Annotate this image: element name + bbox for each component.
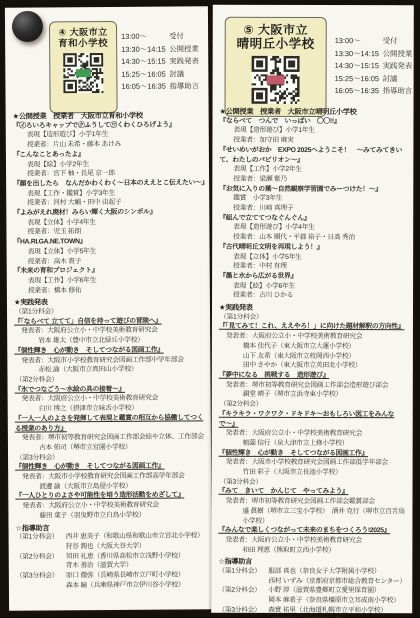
subcommittee-label: （第1分科会） <box>219 313 409 323</box>
schedule-list: 13:00〜受付13:30〜14:15公開授業14:30〜15:15実践発表15… <box>335 35 415 98</box>
lesson-title: 『墨と水から広がる世界』 <box>219 272 409 282</box>
presenter-organization: 発表者：大阪府公立小・中学校美術教育研究会 <box>218 536 408 546</box>
advice-subcommittee-label <box>16 562 66 572</box>
schedule-time: 16:05〜16:35 <box>335 85 381 98</box>
schedule-row: 16:05〜16:35指導助言 <box>121 81 207 94</box>
presenter-organization: 発表者：堺市初等教育研究会図画工作部会絵や立体、工作部会 <box>15 433 207 444</box>
advice-advisor-name: 西村 いずみ（京都府京都市総合教育センター） <box>268 577 408 587</box>
subcommittee-label: （第3分科会） <box>219 477 409 487</box>
presentation-title: 『キラキラ・ワクワク・ドキドキ〜おもしろい図工をみんなで〜』 <box>219 410 409 430</box>
advice-row: （第1分科会）服部 真也（奈良女子大学附属小学校） <box>218 567 408 577</box>
presentation-title: 『夢中になる 挑戦する 造形遊び』 <box>219 371 409 381</box>
schedule-row: 14:30〜15:15実践発表 <box>335 60 415 73</box>
lesson-grade-meta: 表現【立体】小学5年生 <box>219 252 409 262</box>
advice-advisor-name: 岡本 麻希子（奈良県橿原市立耳成南小学校） <box>268 596 408 606</box>
presenter-name: 和田 理恵（熊取町立西小学校） <box>218 545 408 555</box>
schedule-time: 14:30〜15:15 <box>335 60 381 73</box>
presenter-name: 藤田 葉子（羽曳野市立白鳥小学校） <box>15 510 207 521</box>
lesson-teacher: 授業者：梁瀬 紫乃 <box>219 175 409 185</box>
lesson-title: 『顔を出したら なんだかわくわく〜日本のええとこ伝えたい〜』 <box>13 178 205 189</box>
advice-subcommittee-label <box>218 577 268 587</box>
schedule-label: 討議 <box>381 73 398 86</box>
schedule-time: 13:00〜 <box>335 35 381 48</box>
presentation-title: 『一人一人のよさを発揮して表現と鑑賞の相互から協働してつくる授業のあり方』 <box>15 413 207 434</box>
school-name-label: 育和小学校 <box>50 38 116 49</box>
advice-subcommittee-label: （第2分科会） <box>218 586 268 596</box>
lesson-title: 『古代晴明丘文明を再現しよう！』 <box>219 243 409 253</box>
lesson-teacher: 授業者：中村 有理 <box>219 262 409 272</box>
presentation-title: 『みて きいて かんじて やってみよう』 <box>219 487 409 497</box>
subcommittee-label: （第2分科会） <box>219 400 409 410</box>
schedule-label: 公開授業 <box>381 48 413 61</box>
schedule-label: 指導助言 <box>167 81 199 94</box>
presentation-title: 『「見てみて！これ、ええやろ！」に向けた題材解釈の方向性』 <box>219 322 409 332</box>
program-card-ikuwa: ④ 大阪市立 育和小学校 13:00〜受付13:30〜14:15公開授業14:3… <box>5 6 212 610</box>
advice-advisor-name: 森實 祐里（北海道札幌市立平和小学校） <box>268 606 408 616</box>
advice-row: 森本 瞳（兵庫県神戸市立伊川谷小学校） <box>16 580 208 591</box>
presenter-organization: 発表者：堺市初等教育研究会図画工作部会鑑賞部会 <box>218 497 408 507</box>
school-header-box: ⑤ 大阪市立 晴明丘小学校 <box>225 17 327 117</box>
lesson-grade-meta: 表現【造形遊び】小学4年生 <box>219 223 409 233</box>
presenter-organization: 発表者：大阪市小学校教育研究会図画工作部低学年部会 <box>219 458 409 468</box>
presenter-organization: 発表者：大阪市小学校教育研究会図画工作部高学年部会 <box>15 471 207 482</box>
schedule-time: 13:30〜14:15 <box>121 43 167 56</box>
lesson-grade-meta: 表現【造形遊び】小学1年生 <box>219 126 409 136</box>
schedule-row: 13:30〜14:15公開授業 <box>121 43 207 56</box>
school-header-box: ④ 大阪市立 育和小学校 <box>49 21 118 113</box>
presenter-name: 山下 友希（東大阪市立枚岡西小学校） <box>219 351 409 361</box>
presenter-name: 竹田 彩子（大阪市立長池小学校） <box>219 468 409 478</box>
schedule-row: 13:30〜14:15公開授業 <box>335 48 415 61</box>
schedule-list: 13:00〜受付13:30〜14:15公開授業14:30〜15:15実践発表15… <box>121 30 207 94</box>
advice-subcommittee-label: （第1分科会） <box>16 533 66 543</box>
presenter-organization: 発表者：大阪府公立小・中学校美術教育研究会 <box>219 429 409 439</box>
lesson-teacher: 授業者：加守田 麻実 <box>219 136 409 146</box>
section-open-class-heading: ★公開授業 授業者 大阪市立晴明丘小学校 <box>220 107 410 117</box>
advice-subcommittee-label <box>16 581 66 591</box>
schedule-row: 13:00〜受付 <box>121 30 207 43</box>
magnet-pin-icon <box>12 11 43 42</box>
schedule-label: 実践発表 <box>167 56 199 69</box>
lesson-teacher: 授業者：川崎 真理子 <box>219 204 409 214</box>
lesson-grade-meta: 鑑賞 小学3年生 <box>219 194 409 204</box>
advice-row: （第2分科会）小野 淳（滋賀県豊郷町立愛里保育園） <box>218 586 408 596</box>
presenter-name: 植薗 信行（泉大津市立上條小学校） <box>219 439 409 449</box>
advice-advisor-name: 服部 真也（奈良女子大学附属小学校） <box>268 567 408 577</box>
advice-advisor-name: 森本 瞳（兵庫県神戸市立伊川谷小学校） <box>66 580 208 591</box>
schedule-row: 15:25〜16:05討議 <box>335 73 415 86</box>
lesson-title: 『お気に入りの葉〜自然観察学習園でみーつけた！〜』 <box>219 184 409 194</box>
presenter-organization: 発表者：堺市初等教育研究会図画工作部会造形遊び部会 <box>219 380 409 390</box>
advice-subcommittee-label: （第1分科会） <box>218 567 268 577</box>
presentation-title: 『個性輝き 心が動き そしてつながる図画工作』 <box>219 448 409 458</box>
schedule-time: 14:30〜15:15 <box>121 56 167 69</box>
schedule-label: 指導助言 <box>381 86 413 99</box>
schedule-time: 15:25〜16:05 <box>335 73 381 86</box>
lesson-title: 『組んで立ててつなぐんぐん』 <box>219 213 409 223</box>
advice-advisor-name: 小野 淳（滋賀県豊郷町立愛里保育園） <box>268 586 408 596</box>
schedule-row: 16:05〜16:35指導助言 <box>335 85 415 98</box>
schedule-row: 13:00〜受付 <box>335 35 415 48</box>
schedule-time: 15:25〜16:05 <box>121 68 167 81</box>
schedule-time: 13:00〜 <box>121 31 167 44</box>
qr-code-icon <box>252 56 300 104</box>
program-card-seimeigaoka: ⑤ 大阪市立 晴明丘小学校 13:00〜受付13:30〜14:15公開授業14:… <box>211 5 414 614</box>
schedule-time: 13:30〜14:15 <box>335 48 381 61</box>
lesson-title: 『せいめいがおか EXPO 2025へようこそ！ 〜みてみてきいて、わたしのパビ… <box>219 146 409 166</box>
schedule-row: 15:25〜16:05討議 <box>121 68 207 81</box>
schedule-label: 討議 <box>167 68 184 81</box>
advice-subcommittee-label: （第3分科会） <box>16 571 66 581</box>
advice-subcommittee-label: （第2分科会） <box>16 552 66 562</box>
advice-row: 岡本 麻希子（奈良県橿原市立耳成南小学校） <box>218 596 408 606</box>
presenter-name: 銅堂 晴子（堺市立浜寺東小学校） <box>219 390 409 400</box>
school-number-badge: ⑤ <box>243 23 254 37</box>
qr-code-icon <box>63 53 103 93</box>
school-name-label: 晴明丘小学校 <box>226 37 326 52</box>
schedule-label: 受付 <box>381 35 398 48</box>
program-body: ★公開授業 授業者 大阪市立育和小学校『㋑ろいろキャップで㋗ふうして㋻くわくひろ… <box>13 108 208 591</box>
school-number-and-city: ⑤ 大阪市立 <box>226 23 326 37</box>
lesson-grade-meta: 表現【絵】小学6年生 <box>219 281 409 291</box>
advice-subcommittee-label <box>16 542 66 552</box>
advice-subcommittee-label: （第3分科会） <box>218 606 268 616</box>
schedule-label: 実践発表 <box>381 60 413 73</box>
lesson-title: 『ならべて つんで いっぱい 〇〇!!』 <box>219 116 409 126</box>
schedule-label: 受付 <box>167 30 184 43</box>
advice-subcommittee-label <box>218 596 268 606</box>
advice-row: 西村 いずみ（京都府京都市総合教育センター） <box>218 577 408 587</box>
section-advice-heading: ☆指導助言 <box>218 557 408 567</box>
lesson-teacher: 授業者：古川 ひかる <box>219 291 409 301</box>
section-practice-heading: ★実践発表 <box>219 303 409 313</box>
presenter-name: 盛 眞樹（堺市立三宝小学校） 酒井 克行（堺市立百舌鳥小学校） <box>218 507 408 527</box>
advice-row: （第3分科会）森實 祐里（北海道札幌市立平和小学校） <box>218 606 408 616</box>
program-body: ★公開授業 授業者 大阪市立晴明丘小学校『ならべて つんで いっぱい 〇〇!!』… <box>218 105 409 618</box>
school-city-label: 大阪市立 <box>70 27 108 37</box>
lesson-grade-meta: 表現【工作】小学2年生 <box>219 165 409 175</box>
schedule-label: 公開授業 <box>167 43 199 56</box>
lesson-teacher: 授業者：橋本 修佑 <box>14 285 206 296</box>
presentation-title: 『みんなで楽しくつながって未来のまちをつくろう!2025』 <box>218 526 408 536</box>
school-city-label: 大阪市立 <box>258 23 308 37</box>
presenter-name: 橋本 佳代子（東大阪市立大蓮小学校） <box>219 342 409 352</box>
school-number-and-city: ④ 大阪市立 <box>50 27 116 38</box>
lesson-teacher: 授業者：山本 順代・平郡 裕子・日髙 秀治 <box>219 233 409 243</box>
schedule-time: 16:05〜16:35 <box>121 81 167 94</box>
presenter-name: 田中 さやか（東大阪市立英田北小学校） <box>219 361 409 371</box>
school-number-badge: ④ <box>58 27 66 37</box>
schedule-row: 14:30〜15:15実践発表 <box>121 55 207 68</box>
presenter-organization: 発表者：大阪府公立小・中学校美術教育研究会 <box>219 332 409 342</box>
